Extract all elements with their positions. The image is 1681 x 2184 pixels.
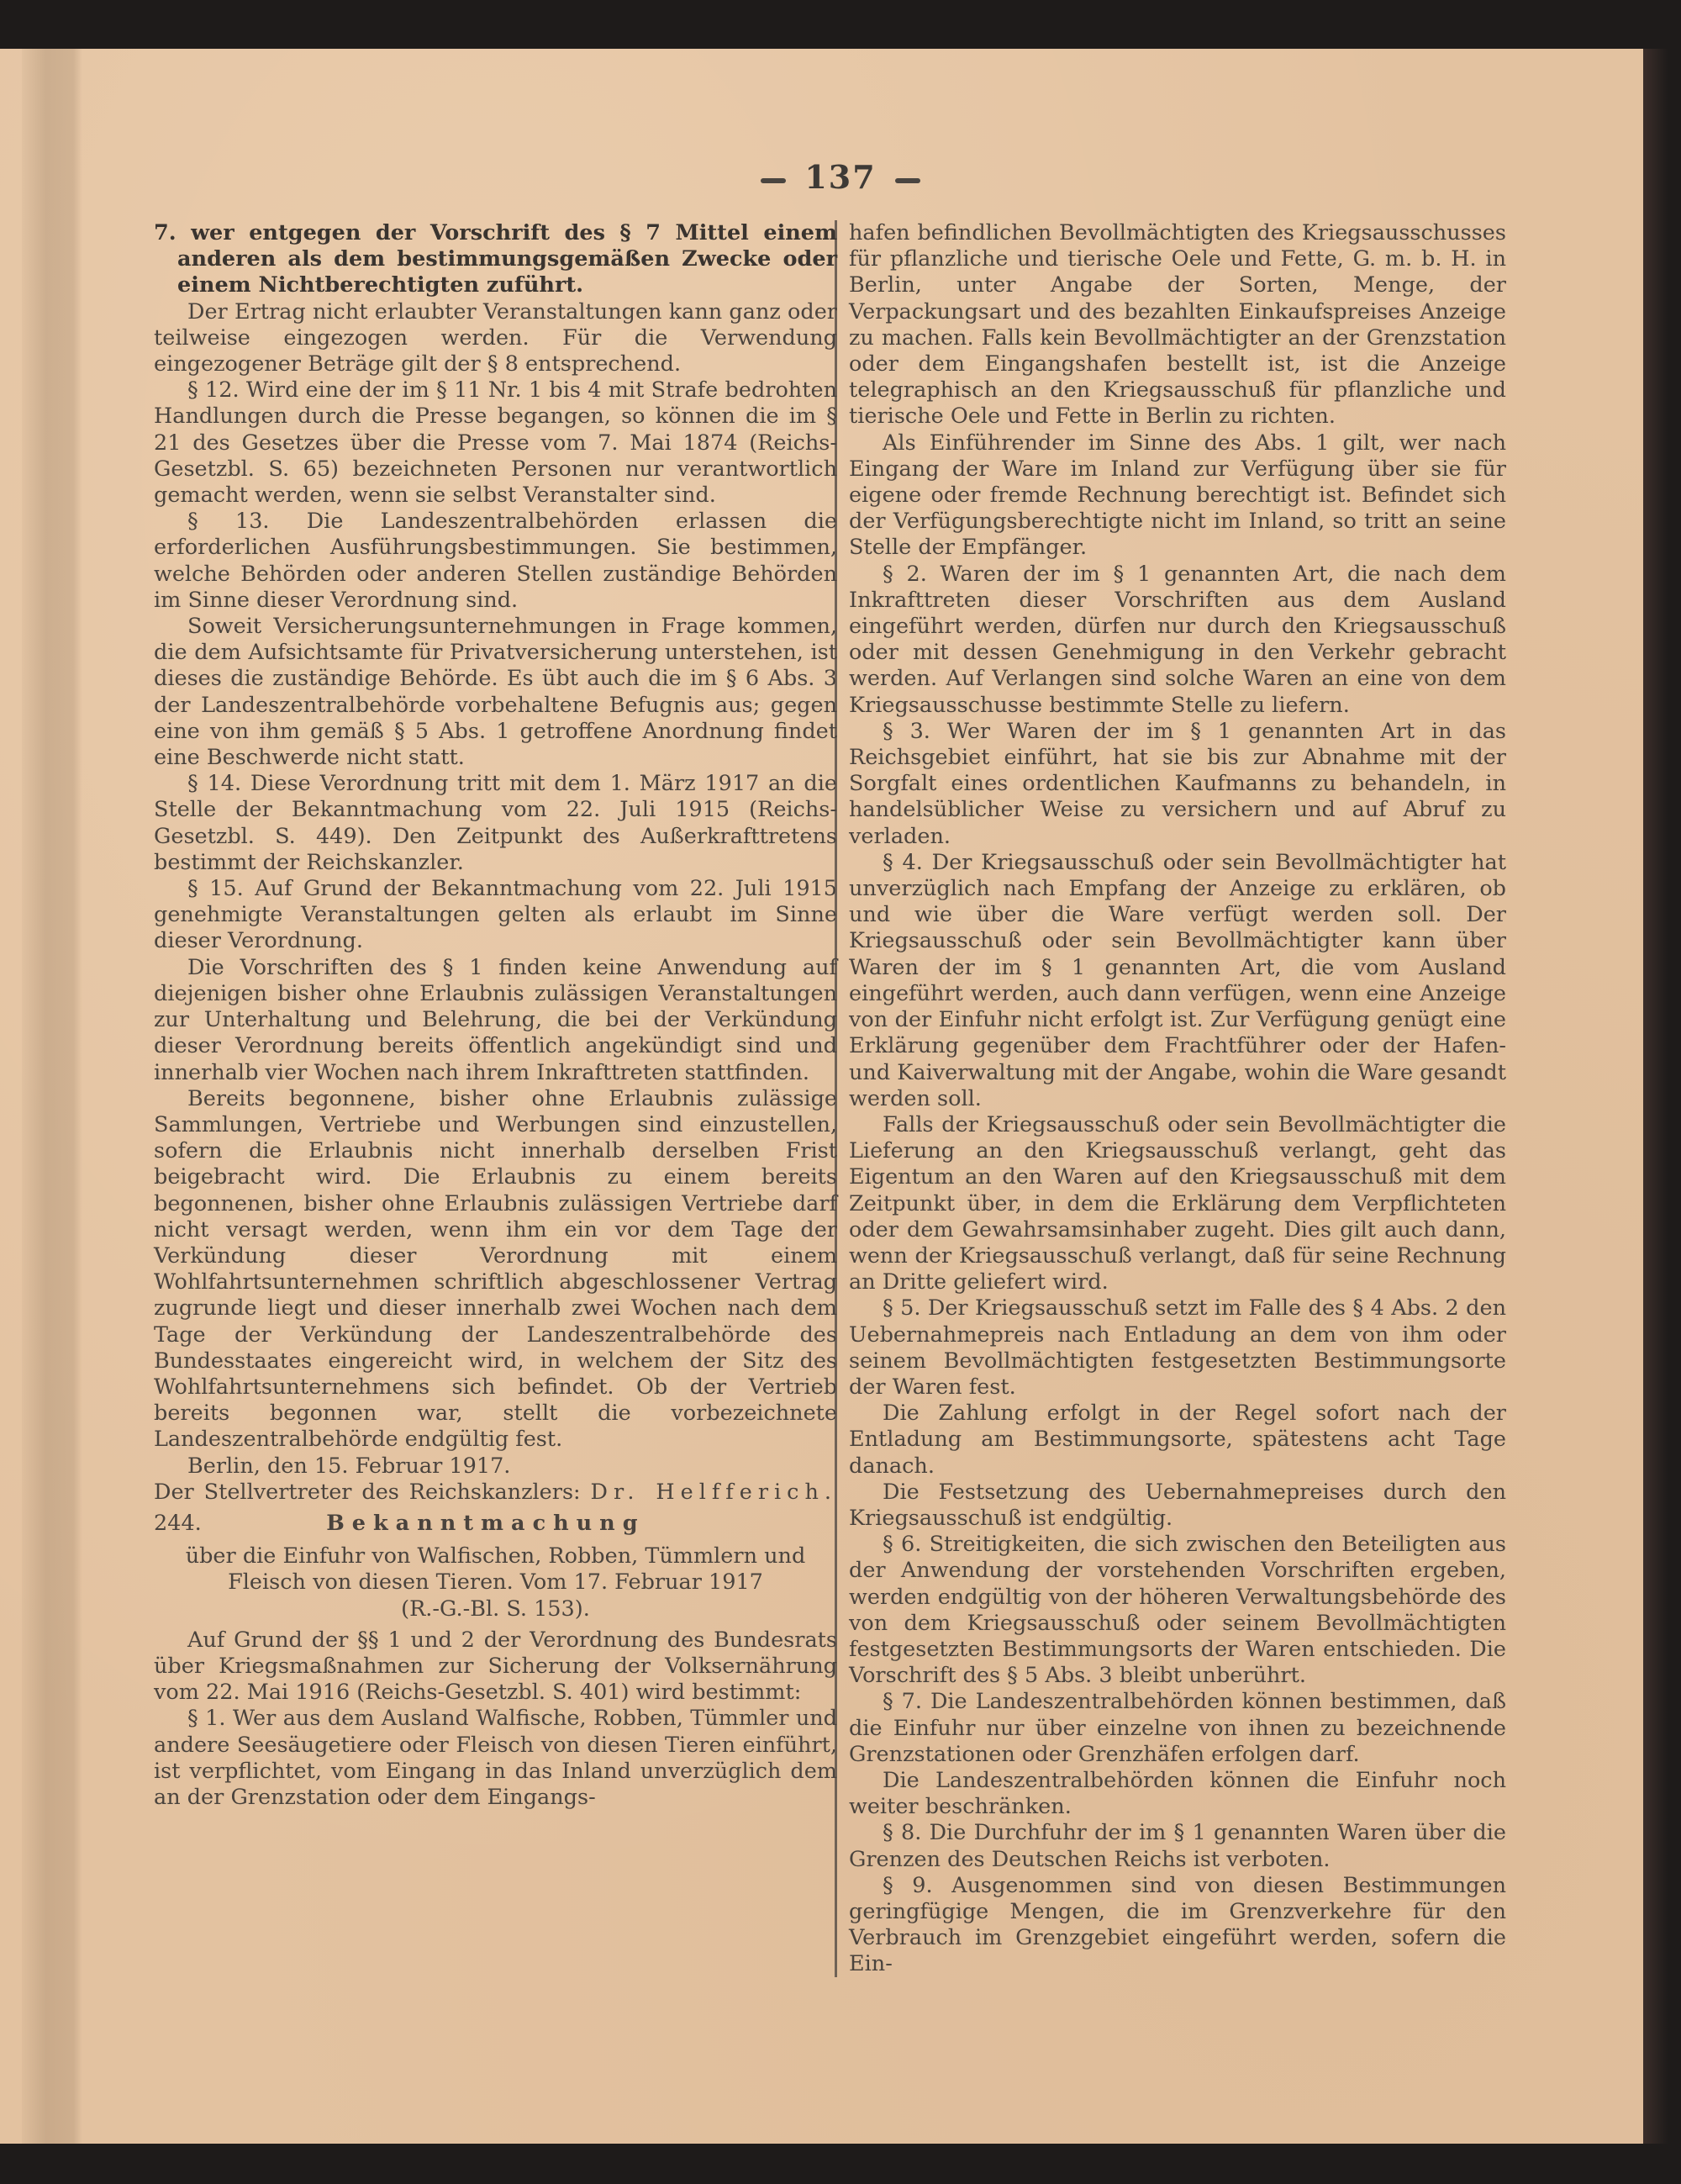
section-2: § 2. Waren der im § 1 genannten Art, die… xyxy=(849,562,1506,719)
notice-preamble: Auf Grund der §§ 1 und 2 der Verordnung … xyxy=(154,1627,837,1707)
section-3: § 3. Wer Waren der im § 1 genannten Art … xyxy=(849,719,1506,850)
page-number: 137 xyxy=(804,158,876,196)
section-13: § 13. Die Landeszentralbehörden erlassen… xyxy=(154,509,837,614)
list-item-7: 7. wer entgegen der Vorschrift des § 7 M… xyxy=(154,220,837,299)
section-5-final: Die Festsetzung des Uebernahmepreises du… xyxy=(849,1480,1506,1532)
section-6: § 6. Streitigkeiten, die sich zwischen d… xyxy=(849,1532,1506,1689)
right-column: hafen befindlichen Bevollmächtigten des … xyxy=(849,220,1506,1978)
notice-citation: (R.-G.-Bl. S. 153). xyxy=(154,1596,837,1622)
section-8: § 8. Die Durchfuhr der im § 1 genannten … xyxy=(849,1820,1506,1872)
section-15: § 15. Auf Grund der Bekanntmachung vom 2… xyxy=(154,876,837,955)
section-9: § 9. Ausgenommen sind von diesen Bestimm… xyxy=(849,1873,1506,1978)
section-4: § 4. Der Kriegsausschuß oder sein Bevoll… xyxy=(849,850,1506,1112)
binding-shadow xyxy=(22,49,82,2144)
section-5-payment: Die Zahlung erfolgt in der Regel sofort … xyxy=(849,1401,1506,1480)
section-5: § 5. Der Kriegsausschuß setzt im Falle d… xyxy=(849,1295,1506,1401)
place-date: Berlin, den 15. Februar 1917. xyxy=(154,1453,837,1480)
notice-subtitle-2: Fleisch von diesen Tieren. Vom 17. Febru… xyxy=(154,1569,837,1596)
page-edge-shadow xyxy=(1643,49,1668,2144)
section-15-exceptions: Die Vorschriften des § 1 finden keine An… xyxy=(154,955,837,1086)
section-7-restrict: Die Landeszentralbehörden können die Ein… xyxy=(849,1768,1506,1820)
left-column: 7. wer entgegen der Vorschrift des § 7 M… xyxy=(154,220,837,1811)
notice-title: Bekanntmachung xyxy=(202,1511,837,1537)
section-1-importer: Als Einführender im Sinne des Abs. 1 gil… xyxy=(849,430,1506,562)
signature-line: Der Stellvertreter des Reichskanzlers: D… xyxy=(154,1480,837,1506)
section-7: § 7. Die Landeszentralbehörden können be… xyxy=(849,1689,1506,1768)
notice-section-1: § 1. Wer aus dem Ausland Walfische, Robb… xyxy=(154,1706,837,1811)
notice-subtitle-1: über die Einfuhr von Walfischen, Robben,… xyxy=(154,1543,837,1569)
page-number-header: 137 xyxy=(731,158,950,196)
section-15-collections: Bereits begonnene, bisher ohne Erlaubnis… xyxy=(154,1086,837,1453)
notice-number: 244. xyxy=(154,1511,202,1537)
dash-right xyxy=(895,178,920,183)
paragraph-ertrag: Der Ertrag nicht erlaubter Veranstaltung… xyxy=(154,299,837,378)
section-14: § 14. Diese Verordnung tritt mit dem 1. … xyxy=(154,771,837,876)
section-12: § 12. Wird eine der im § 11 Nr. 1 bis 4 … xyxy=(154,377,837,509)
section-1-continued: hafen befindlichen Bevollmächtigten des … xyxy=(849,220,1506,430)
signature-label: Der Stellvertreter des Reichskanzlers: xyxy=(154,1480,581,1505)
dash-left xyxy=(761,178,786,183)
section-13-insurance: Soweit Versicherungsunternehmungen in Fr… xyxy=(154,614,837,771)
notice-heading: 244. Bekanntmachung xyxy=(154,1511,837,1537)
section-4-ownership: Falls der Kriegsausschuß oder sein Bevol… xyxy=(849,1112,1506,1295)
signature-name: Dr. Helfferich. xyxy=(591,1480,837,1505)
